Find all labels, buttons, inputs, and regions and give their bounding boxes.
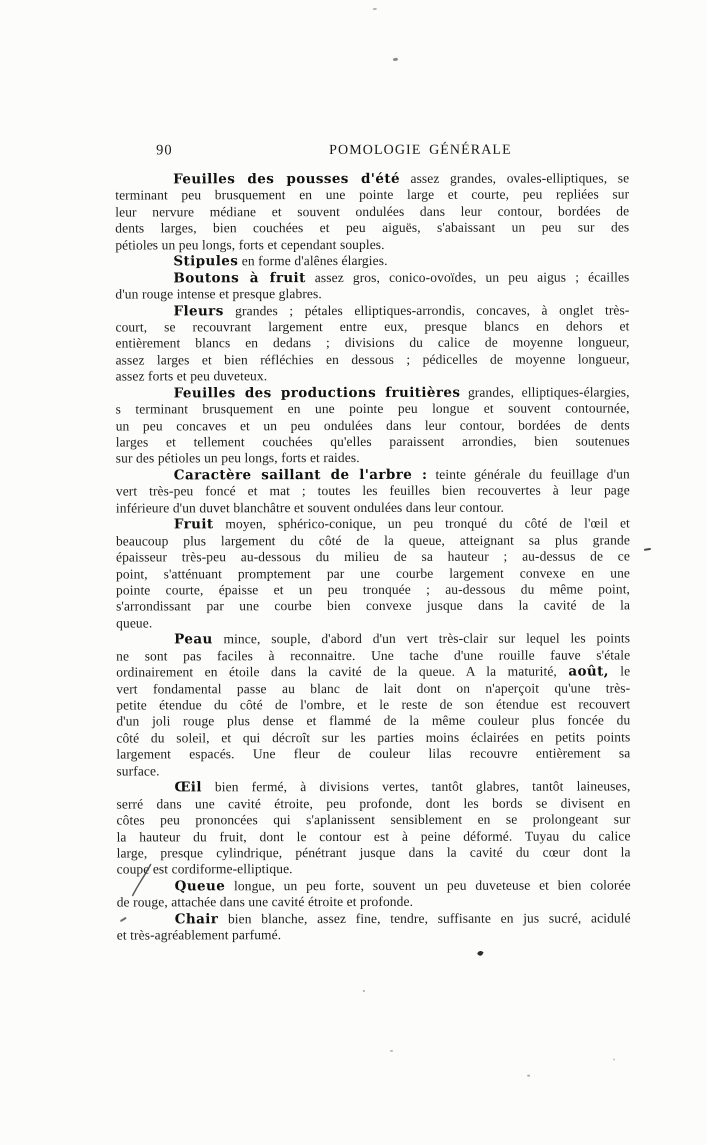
body-text: un peu concaves et un peu ondulées dans …	[116, 417, 630, 433]
body-text: pointe courte, épaisse et un peu tronqué…	[116, 581, 630, 597]
text-line: Caractère saillant de l'arbre : teinte g…	[116, 466, 630, 484]
text-line: ne sont pas faciles à reconnaitre. Une t…	[116, 647, 630, 665]
ink-speck	[363, 990, 365, 992]
text-line: d'un joli rouge plus dense et flammé de …	[116, 713, 630, 731]
body-text: teinte générale du feuillage d'un	[427, 466, 629, 481]
paragraph: Fleurs grandes ; pétales elliptiques-arr…	[115, 302, 629, 385]
text-line: pointe courte, épaisse et un peu tronqué…	[116, 581, 630, 599]
text-line: petite étendue du côté de l'ombre, et le…	[116, 696, 630, 714]
body-text: grandes ; pétales elliptiques-arrondis, …	[224, 302, 630, 318]
paragraph: Boutons à fruit assez gros, conico-ovoïd…	[115, 269, 629, 303]
scan-content: 90 POMOLOGIE GÉNÉRALE Feuilles des pouss…	[0, 0, 707, 1145]
body-text: surface.	[116, 763, 159, 778]
body-text: inférieure d'un duvet blanchâtre et souv…	[116, 499, 504, 515]
body-text: sur des pétioles un peu longs, forts et …	[116, 450, 360, 466]
text-line: côté du soleil, et qui décroît sur les p…	[116, 729, 630, 747]
text-line: ordinairement en étoile dans la cavité d…	[116, 664, 630, 682]
body-text: coupe est cordiforme-elliptique.	[117, 862, 293, 877]
body-text: point, s'atténuant promptement par une c…	[116, 565, 630, 581]
bold-lead-text: août,	[568, 664, 609, 680]
paragraph: Queue longue, un peu forte, souvent un p…	[117, 877, 631, 911]
ink-speck	[373, 8, 377, 10]
text-line: surface.	[116, 762, 630, 780]
bold-lead-text: Peau	[174, 632, 213, 648]
body-text: d'un rouge intense et presque glabres.	[115, 286, 321, 301]
book-page-scan: 90 POMOLOGIE GÉNÉRALE Feuilles des pouss…	[0, 0, 707, 1145]
body-text: vert fondamental passe au blanc de lait …	[116, 680, 630, 696]
text-line: court, se recouvrant largement entre eux…	[115, 318, 629, 336]
margin-dash-mark	[644, 548, 651, 551]
bold-lead-text: Feuilles des pousses d'été	[173, 171, 400, 187]
running-header-title: POMOLOGIE GÉNÉRALE	[329, 143, 512, 159]
body-text: entièrement blancs en dedans ; divisions…	[116, 335, 630, 351]
body-text: bien fermé, à divisions vertes, tantôt g…	[202, 779, 631, 795]
body-text: ne sont pas faciles à reconnaitre. Une t…	[116, 647, 630, 663]
bold-lead-text: Fleurs	[173, 303, 223, 319]
text-line: d'un rouge intense et presque glabres.	[115, 285, 629, 303]
body-text: bien blanche, assez fine, tendre, suffis…	[218, 910, 630, 926]
text-line: pétioles un peu longs, forts et cependan…	[115, 236, 629, 254]
text-line: épaisseur très-peu au-dessous du milieu …	[116, 548, 630, 566]
text-line: s'arrondissant par une courbe bien conve…	[116, 598, 630, 616]
body-text: s terminant brusquement en une pointe pe…	[116, 401, 630, 417]
body-text: moyen, sphérico-conique, un peu tronqué …	[214, 516, 630, 532]
paragraph: Caractère saillant de l'arbre : teinte g…	[116, 466, 630, 516]
body-text: côtes peu prononcées qui s'aplanissent s…	[117, 811, 631, 827]
body-text: terminant peu brusquement en une pointe …	[115, 187, 629, 203]
ink-speck	[393, 58, 398, 61]
bold-lead-text: Fruit	[174, 516, 214, 532]
text-line: Feuilles des pousses d'été assez grandes…	[115, 170, 629, 188]
paragraph: Stipules en forme d'alênes élargies.	[115, 253, 629, 271]
text-line: inférieure d'un duvet blanchâtre et souv…	[116, 499, 630, 517]
text-line: dents larges, bien couchées et peu aiguë…	[115, 220, 629, 238]
text-line: Fleurs grandes ; pétales elliptiques-arr…	[115, 302, 629, 320]
text-line: larges et tellement couchées qu'elles pa…	[116, 433, 630, 451]
body-text: queue.	[116, 615, 152, 630]
text-line: Fruit moyen, sphérico-conique, un peu tr…	[116, 516, 630, 534]
body-text: pétioles un peu longs, forts et cependan…	[115, 237, 384, 253]
paragraph: Œil bien fermé, à divisions vertes, tant…	[116, 779, 630, 879]
body-text: mince, souple, d'abord d'un vert très-cl…	[213, 631, 630, 647]
bold-lead-text: Queue	[175, 878, 226, 894]
text-line: Peau mince, souple, d'abord d'un vert tr…	[116, 631, 630, 649]
text-line: Queue longue, un peu forte, souvent un p…	[117, 877, 631, 895]
body-text: beaucoup plus largement du côté de la qu…	[116, 532, 630, 548]
body-text: épaisseur très-peu au-dessous du milieu …	[116, 548, 630, 564]
text-line: queue.	[116, 614, 630, 632]
paragraph: Fruit moyen, sphérico-conique, un peu tr…	[116, 516, 630, 632]
body-text: et très-agréablement parfumé.	[117, 927, 281, 942]
body-text: le	[609, 664, 630, 679]
body-text: assez forts et peu duveteux.	[116, 368, 268, 383]
text-line: leur nervure médiane et souvent ondulées…	[115, 203, 629, 221]
body-text: vert très-peu foncé et mat ; toutes les …	[116, 483, 630, 499]
article-body: Feuilles des pousses d'été assez grandes…	[115, 170, 631, 944]
text-line: Chair bien blanche, assez fine, tendre, …	[117, 910, 631, 928]
text-line: vert très-peu foncé et mat ; toutes les …	[116, 483, 630, 501]
body-text: assez grandes, ovales-elliptiques, se	[400, 170, 629, 185]
text-line: serré dans une cavité étroite, peu profo…	[116, 795, 630, 813]
text-line: côtes peu prononcées qui s'aplanissent s…	[117, 811, 631, 829]
body-text: ordinairement en étoile dans la cavité d…	[116, 664, 568, 680]
paragraph: Chair bien blanche, assez fine, tendre, …	[117, 910, 631, 944]
body-text: petite étendue du côté de l'ombre, et le…	[116, 696, 630, 712]
text-line: et très-agréablement parfumé.	[117, 927, 631, 945]
body-text: longue, un peu forte, souvent un peu duv…	[225, 877, 630, 893]
bold-lead-text: Œil	[174, 780, 201, 796]
text-line: coupe est cordiforme-elliptique.	[117, 861, 631, 879]
bold-lead-text: Caractère saillant de l'arbre :	[174, 467, 428, 484]
text-line: s terminant brusquement en une pointe pe…	[116, 401, 630, 419]
body-text: largement espacés. Une fleur de couleur …	[116, 746, 630, 762]
paragraph: Feuilles des pousses d'été assez grandes…	[115, 170, 629, 253]
text-line: Stipules en forme d'alênes élargies.	[115, 253, 629, 271]
ink-speck	[477, 950, 484, 957]
text-line: de rouge, attachée dans une cavité étroi…	[117, 894, 631, 912]
body-text: large, presque cylindrique, pénétrant ju…	[117, 844, 631, 860]
ink-speck	[390, 1050, 393, 1052]
paragraph: Feuilles des productions fruitières gran…	[116, 384, 630, 467]
body-text: leur nervure médiane et souvent ondulées…	[115, 203, 629, 219]
body-text: côté du soleil, et qui décroît sur les p…	[116, 729, 630, 745]
text-line: assez larges et bien réfléchies en desso…	[116, 351, 630, 369]
text-line: largement espacés. Une fleur de couleur …	[116, 746, 630, 764]
body-text: s'arrondissant par une courbe bien conve…	[116, 598, 630, 614]
text-line: beaucoup plus largement du côté de la qu…	[116, 532, 630, 550]
text-line: assez forts et peu duveteux.	[116, 368, 630, 386]
body-text: assez gros, conico-ovoïdes, un peu aigus…	[306, 269, 630, 285]
text-line: Boutons à fruit assez gros, conico-ovoïd…	[115, 269, 629, 287]
text-line: vert fondamental passe au blanc de lait …	[116, 680, 630, 698]
body-text: serré dans une cavité étroite, peu profo…	[116, 795, 630, 811]
text-line: terminant peu brusquement en une pointe …	[115, 187, 629, 205]
bold-lead-text: Feuilles des productions fruitières	[174, 384, 461, 401]
text-line: Œil bien fermé, à divisions vertes, tant…	[116, 779, 630, 797]
ink-speck	[613, 1058, 615, 1060]
bold-lead-text: Stipules	[173, 253, 238, 269]
text-line: large, presque cylindrique, pénétrant ju…	[117, 844, 631, 862]
body-text: d'un joli rouge plus dense et flammé de …	[116, 713, 630, 729]
body-text: grandes, elliptiques-élargies,	[460, 384, 629, 399]
text-line: sur des pétioles un peu longs, forts et …	[116, 450, 630, 468]
body-text: de rouge, attachée dans une cavité étroi…	[117, 894, 413, 910]
text-line: un peu concaves et un peu ondulées dans …	[116, 417, 630, 435]
body-text: la hauteur du fruit, dont le contour est…	[117, 828, 631, 844]
body-text: assez larges et bien réfléchies en desso…	[116, 351, 630, 367]
bold-lead-text: Chair	[175, 911, 219, 927]
ink-speck	[527, 1075, 530, 1077]
paragraph: Peau mince, souple, d'abord d'un vert tr…	[116, 631, 630, 780]
text-line: la hauteur du fruit, dont le contour est…	[117, 828, 631, 846]
body-text: en forme d'alênes élargies.	[238, 253, 387, 268]
body-text: larges et tellement couchées qu'elles pa…	[116, 433, 630, 449]
text-line: entièrement blancs en dedans ; divisions…	[116, 335, 630, 353]
body-text: dents larges, bien couchées et peu aiguë…	[115, 220, 629, 236]
bold-lead-text: Boutons à fruit	[173, 270, 305, 286]
text-line: Feuilles des productions fruitières gran…	[116, 384, 630, 402]
page-number: 90	[156, 142, 173, 159]
body-text: court, se recouvrant largement entre eux…	[115, 318, 629, 334]
text-line: point, s'atténuant promptement par une c…	[116, 565, 630, 583]
